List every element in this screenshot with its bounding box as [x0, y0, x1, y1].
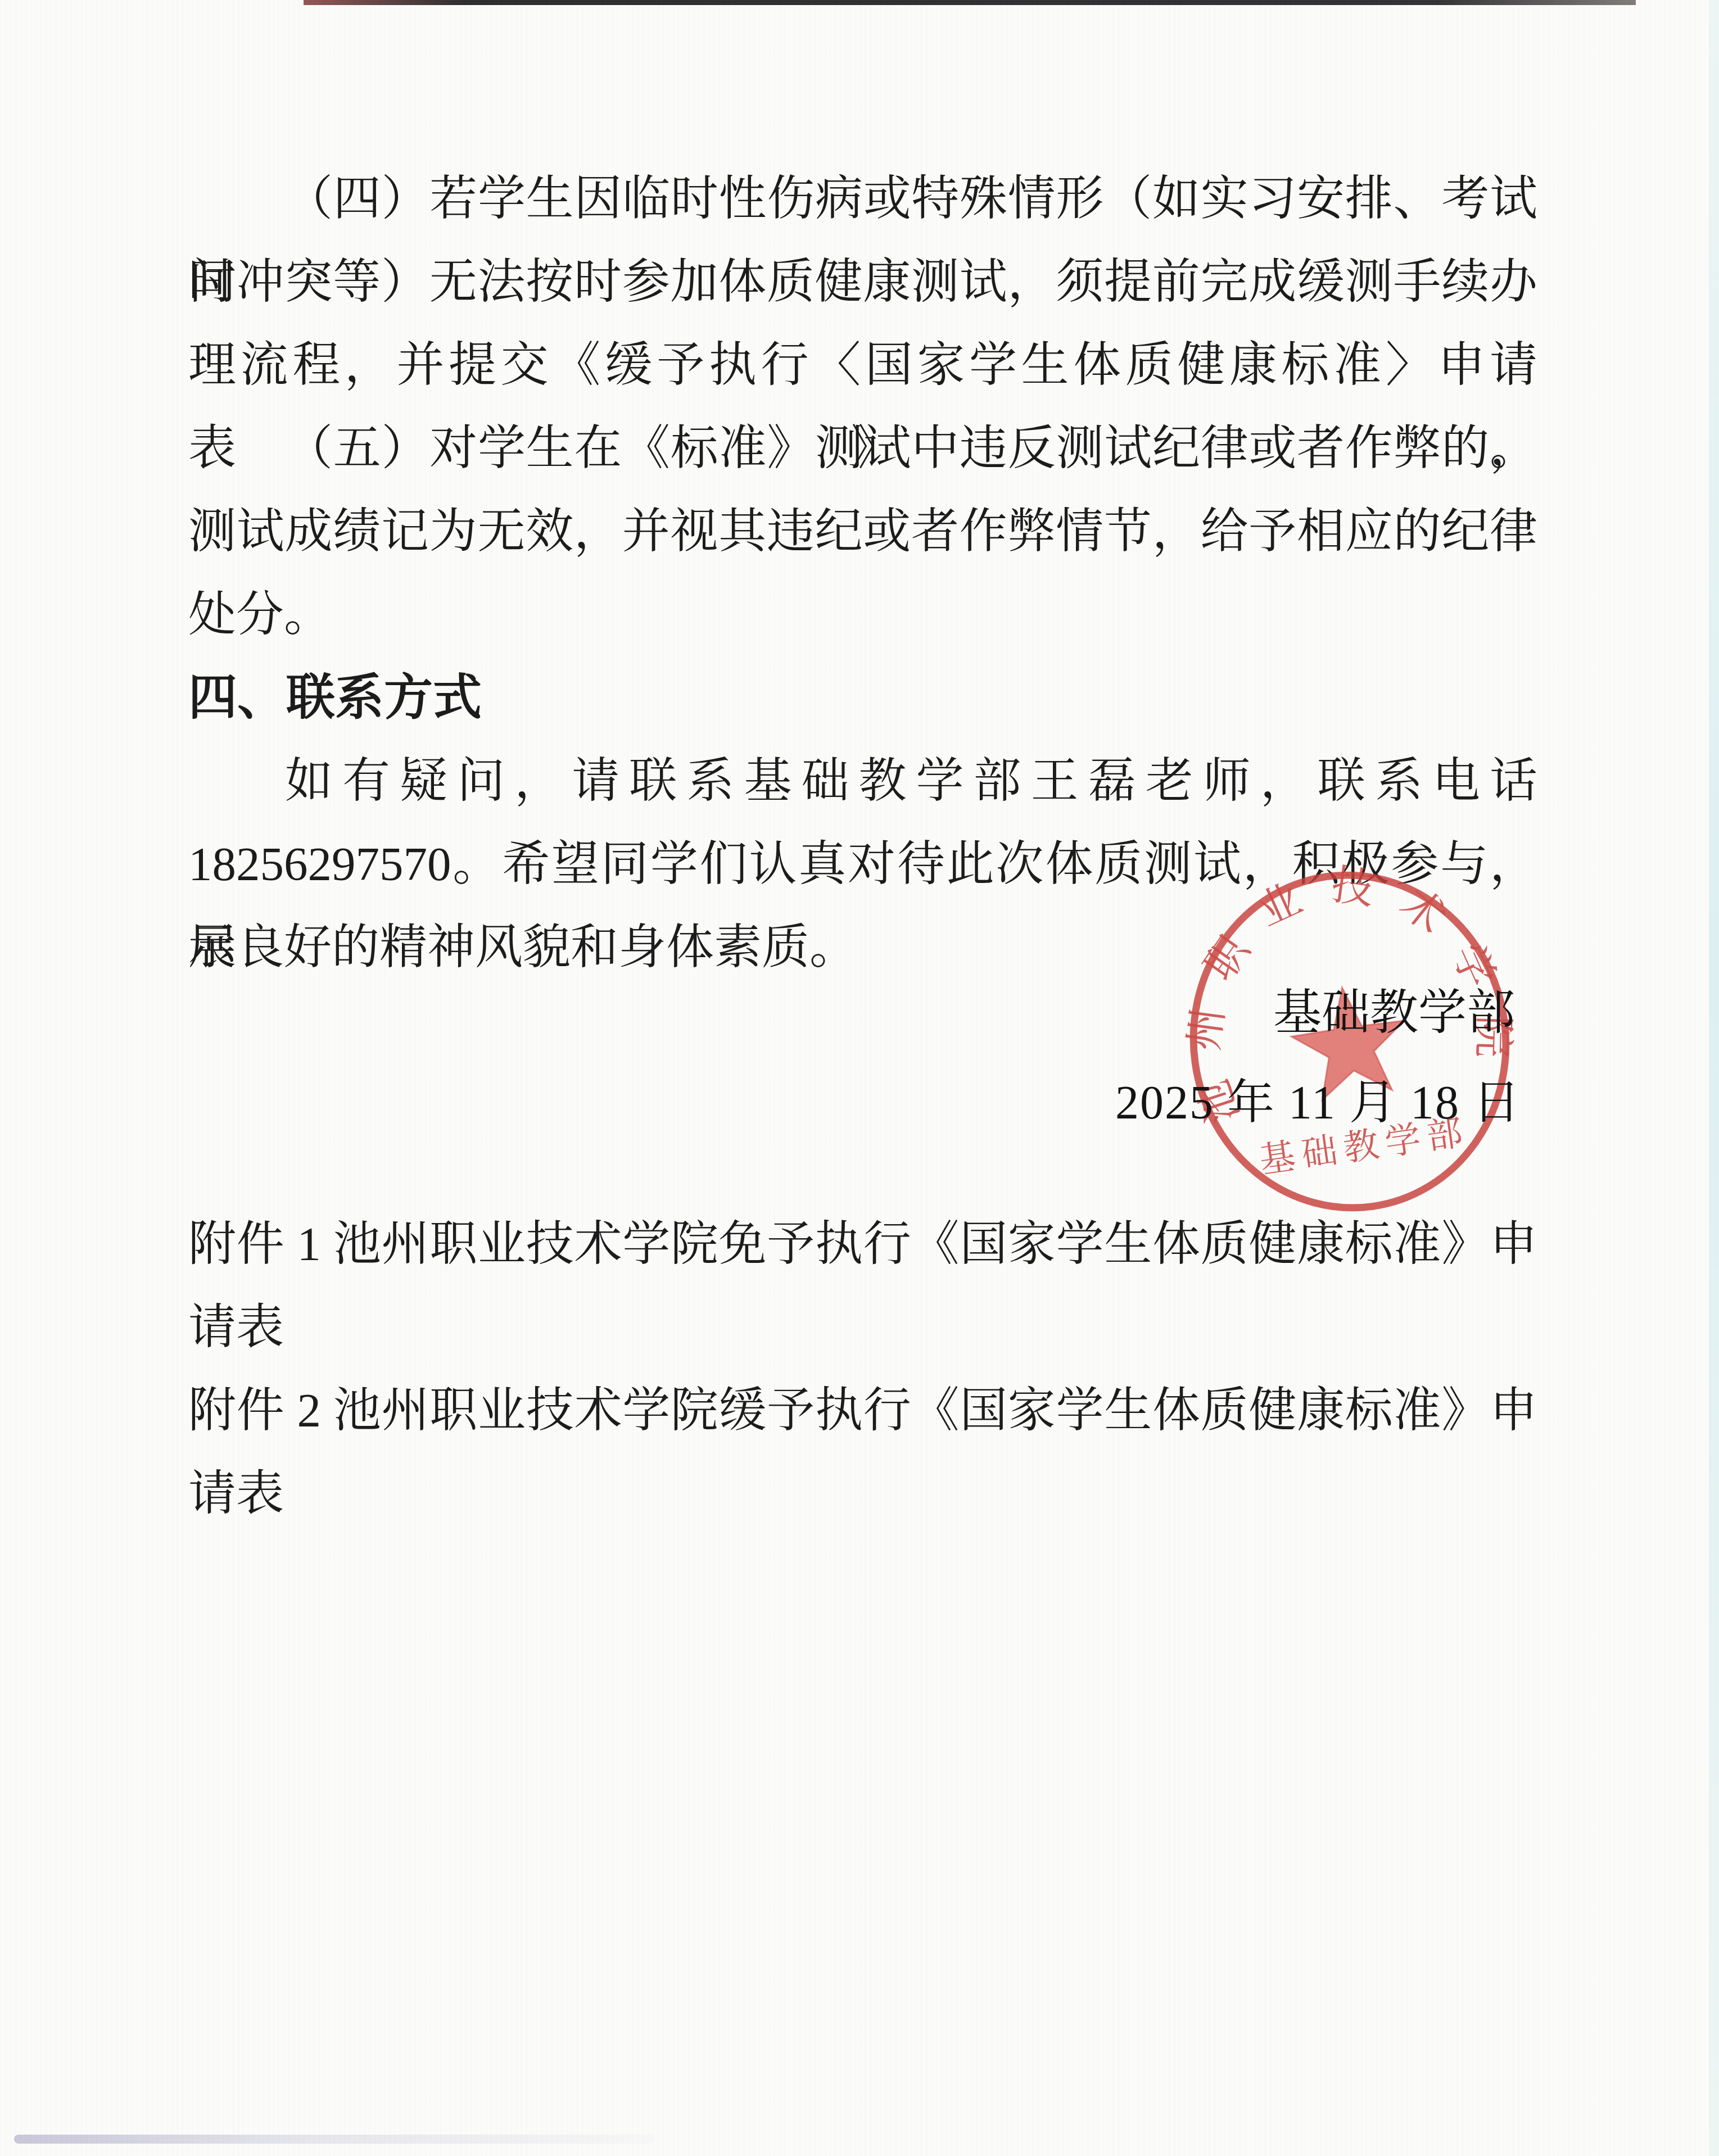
paragraph-4-line-1: （四）若学生因临时性伤病或特殊情形（如实习安排、考试时	[188, 157, 1537, 241]
paragraph-5-line-1: （五）对学生在《标准》测试中违反测试纪律或者作弊的，	[188, 407, 1537, 490]
attachments-list: 附件 1 池州职业技术学院免予执行《国家学生体质健康标准》申 请表 附件 2 池…	[188, 1203, 1537, 1536]
signature-department: 基础教学部	[1272, 985, 1517, 1041]
attachment-2-line-1: 附件 2 池州职业技术学院缓予执行《国家学生体质健康标准》申	[188, 1369, 1537, 1452]
paragraph-5-line-2: 测试成绩记为无效，并视其违纪或者作弊情节，给予相应的纪律	[188, 490, 1537, 573]
scan-artifact-bottom-edge	[14, 2135, 655, 2144]
contact-line-1: 如有疑问，请联系基础教学部王磊老师，联系电话	[188, 740, 1537, 823]
paragraph-4-line-2: 间冲突等）无法按时参加体质健康测试，须提前完成缓测手续办	[188, 241, 1537, 324]
scan-artifact-top-edge	[304, 0, 1636, 5]
paragraph-4-line-3: 理流程，并提交《缓予执行〈国家学生体质健康标准〉申请表》。	[188, 324, 1537, 407]
attachment-2-line-2: 请表	[188, 1452, 1537, 1536]
section-heading-contact: 四、联系方式	[188, 656, 1537, 740]
signature-date: 2025 年 11 月 18 日	[1110, 1072, 1526, 1134]
paragraph-5-line-3: 处分。	[188, 573, 1537, 656]
attachment-1-line-2: 请表	[188, 1286, 1537, 1369]
official-seal: 池州职业技术学院 基础教学部	[1155, 841, 1545, 1241]
document-page: （四）若学生因临时性伤病或特殊情形（如实习安排、考试时 间冲突等）无法按时参加体…	[0, 0, 1719, 2156]
scan-artifact-right-edge	[1709, 0, 1719, 2156]
